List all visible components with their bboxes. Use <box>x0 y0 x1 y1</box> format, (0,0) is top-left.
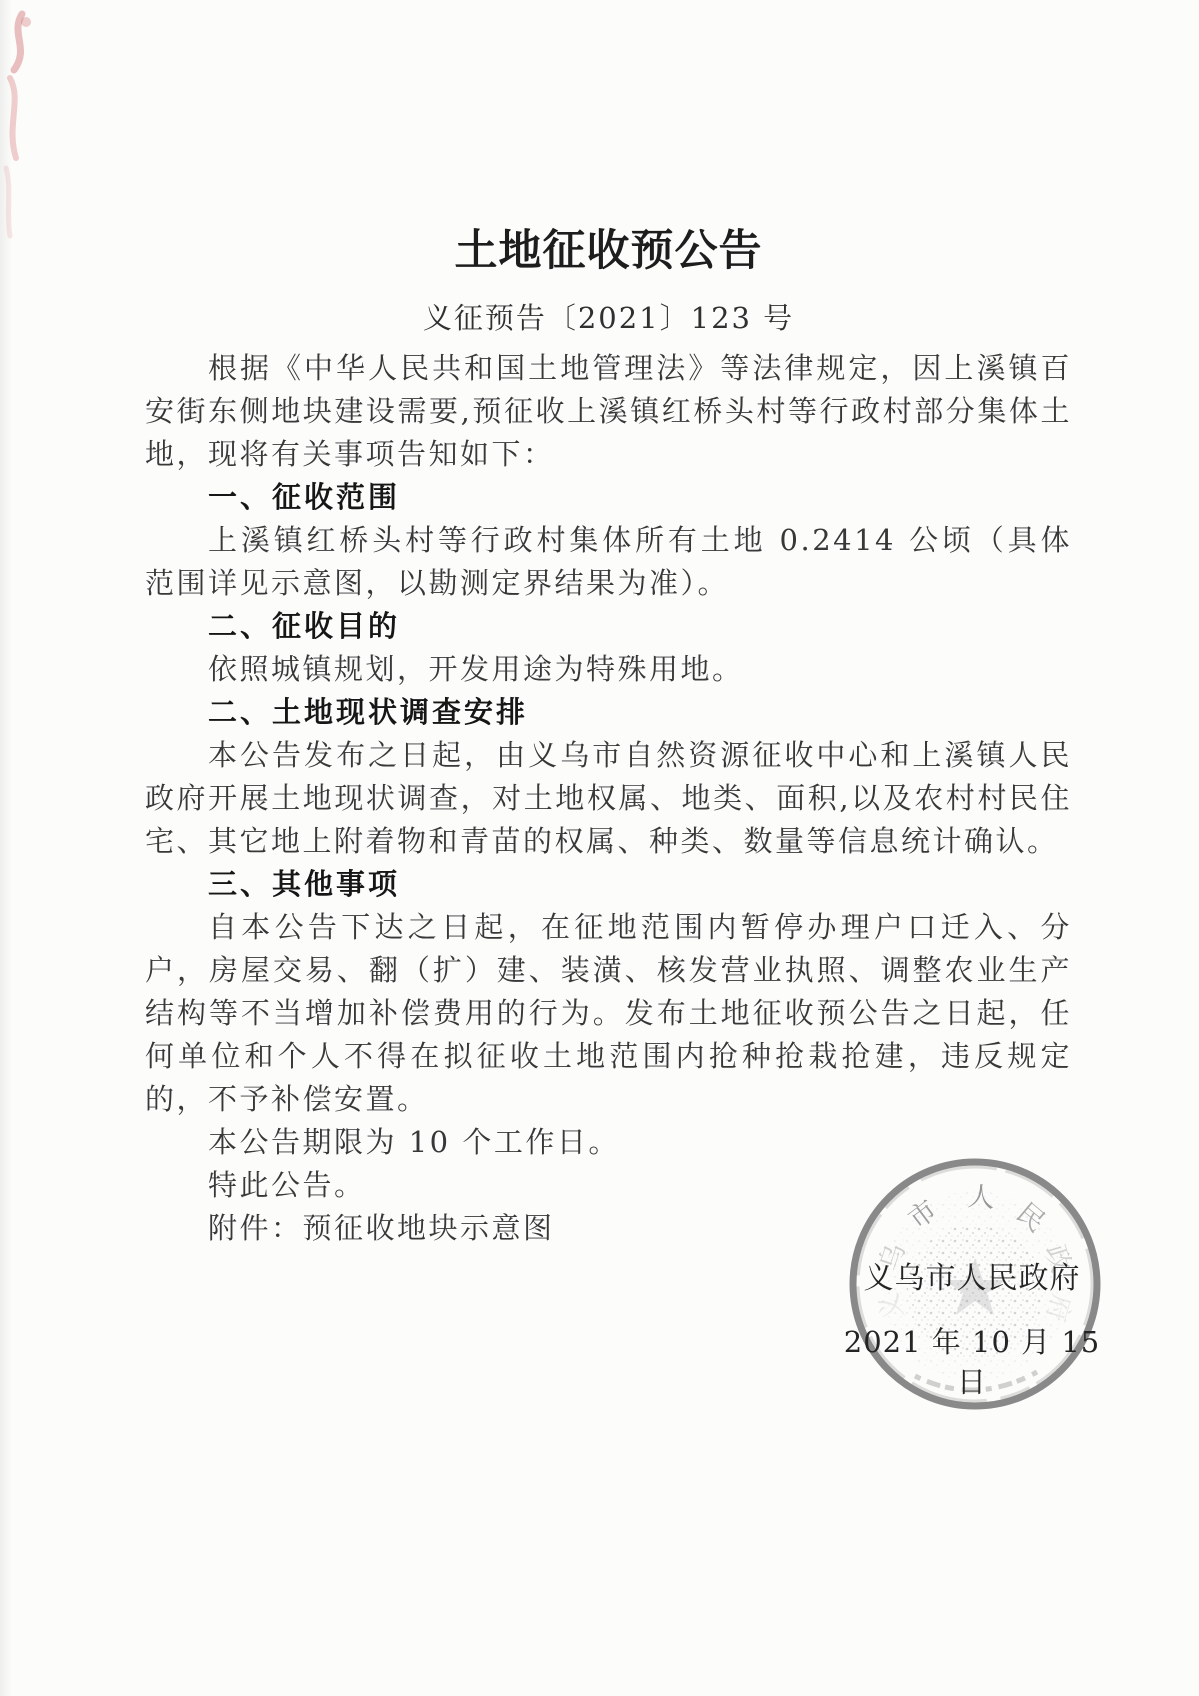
scanned-document-page: 土地征收预公告 义征预告〔2021〕123 号 根据《中华人民共和国土地管理法》… <box>0 0 1199 1696</box>
body-paragraph: 依照城镇规划，开发用途为特殊用地。 <box>145 648 1072 691</box>
document-title: 土地征收预公告 <box>145 228 1072 274</box>
document-number: 义征预告〔2021〕123 号 <box>145 302 1072 334</box>
document-content: 土地征收预公告 义征预告〔2021〕123 号 根据《中华人民共和国土地管理法》… <box>145 228 1072 1250</box>
signature-org: 义乌市人民政府 <box>838 1259 1106 1299</box>
section-heading: 二、征收目的 <box>145 605 1072 648</box>
body-paragraph: 本公告发布之日起，由义乌市自然资源征收中心和上溪镇人民政府开展土地现状调查，对土… <box>145 734 1072 863</box>
body-paragraph: 根据《中华人民共和国土地管理法》等法律规定，因上溪镇百安街东侧地块建设需要,预征… <box>145 347 1072 476</box>
seal-arc-char: 人 <box>966 1181 995 1214</box>
section-heading: 二、土地现状调查安排 <box>145 691 1072 734</box>
document-body: 根据《中华人民共和国土地管理法》等法律规定，因上溪镇百安街东侧地块建设需要,预征… <box>145 347 1072 1250</box>
section-heading: 一、征收范围 <box>145 476 1072 519</box>
body-paragraph: 自本公告下达之日起，在征地范围内暂停办理户口迁入、分户，房屋交易、翻（扩）建、装… <box>145 906 1072 1121</box>
section-heading: 三、其他事项 <box>145 863 1072 906</box>
body-paragraph: 上溪镇红桥头村等行政村集体所有土地 0.2414 公顷（具体范围详见示意图，以勘… <box>145 519 1072 605</box>
signature-date: 2021 年 10 月 15 日 <box>832 1322 1112 1402</box>
scan-edge-shadow <box>0 0 12 1696</box>
red-pen-marks <box>0 8 48 248</box>
